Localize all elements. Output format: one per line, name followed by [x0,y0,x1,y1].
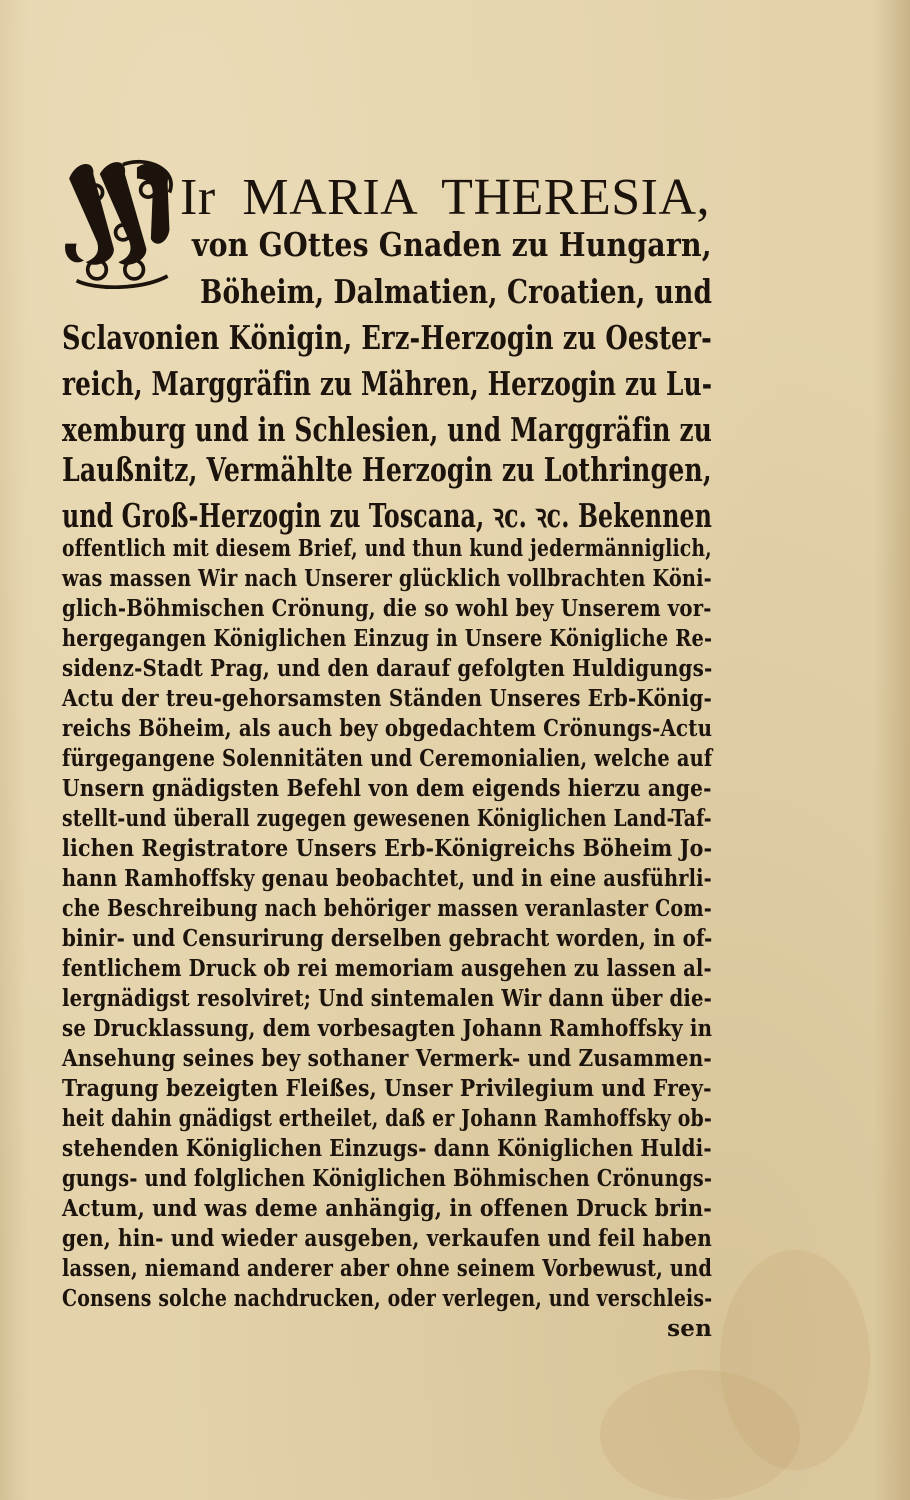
body-line: lassen, niemand anderer aber ohne seinem… [62,1255,712,1282]
body-line: offentlich mit diesem Brief, und thun ku… [62,535,712,562]
body-line: se Drucklassung, dem vorbesagten Johann … [62,1015,712,1042]
document-page: Ir MARIA THERESIA, von GOttes Gnaden zu … [0,0,910,1500]
body-line: heit dahin gnädigst ertheilet, daß er Jo… [62,1105,712,1132]
body-line: hergegangen Königlichen Einzug in Unsere… [62,625,712,652]
heading-line-5: reich, Marggräfin zu Mähren, Herzogin zu… [62,364,712,403]
heading-line-7: Laußnitz, Vermählte Herzogin zu Lothring… [62,450,712,489]
heading-line-4: Sclavonien Königin, Erz-Herzogin zu Oest… [62,318,712,357]
body-line: glich-Böhmischen Crönung, die so wohl be… [62,595,712,622]
body-line: hann Ramhoffsky genau beobachtet, und in… [62,865,712,892]
body-line: binir- und Censurirung derselben gebrach… [62,925,712,952]
body-line: fentlichem Druck ob rei memoriam ausgehe… [62,955,712,982]
body-line: lergnädigst resolviret; Und sintemalen W… [62,985,712,1012]
body-line: was massen Wir nach Unserer glücklich vo… [62,565,712,592]
body-line: Unsern gnädigsten Befehl von dem eigends… [62,775,712,802]
body-line: gungs- und folglichen Königlichen Böhmis… [62,1165,712,1192]
body-line: Actu der treu-gehorsamsten Ständen Unser… [62,685,712,712]
heading-line-8: und Groß-Herzogin zu Toscana, ꝛc. ꝛc. Be… [62,492,712,537]
body-line: stellt-und überall zugegen gewesenen Kön… [62,805,712,832]
heading-line-6: xemburg und in Schlesien, und Marggräfin… [62,410,712,449]
body-line: fürgegangene Solennitäten und Ceremonial… [62,745,712,772]
body-line: sidenz-Stadt Prag, und den darauf gefolg… [62,655,712,682]
catchword: sen [62,1315,712,1342]
body-line: lichen Registratore Unsers Erb-Königreic… [62,835,712,862]
body-line: gen, hin- und wieder ausgeben, verkaufen… [62,1225,712,1252]
body-line: Actum, und was deme anhängig, in offenen… [62,1195,712,1222]
paper-stain [720,1250,870,1470]
heading-line-1: Ir MARIA THERESIA, [180,168,710,227]
body-line: Tragung bezeigten Fleißes, Unser Privile… [62,1075,712,1102]
body-line: che Beschreibung nach behöriger massen v… [62,895,712,922]
heading-line-3: Böheim, Dalmatien, Croatien, und [200,272,712,311]
heading-line-2: von GOttes Gnaden zu Hungarn, [192,225,712,264]
ornamental-initial-w-icon [58,150,188,300]
body-line: stehenden Königlichen Einzugs- dann Köni… [62,1135,712,1162]
body-line: reichs Böheim, als auch bey obgedachtem … [62,715,712,742]
body-line: Ansehung seines bey sothaner Vermerk- un… [62,1045,712,1072]
body-line: Consens solche nachdrucken, oder verlege… [62,1285,712,1312]
